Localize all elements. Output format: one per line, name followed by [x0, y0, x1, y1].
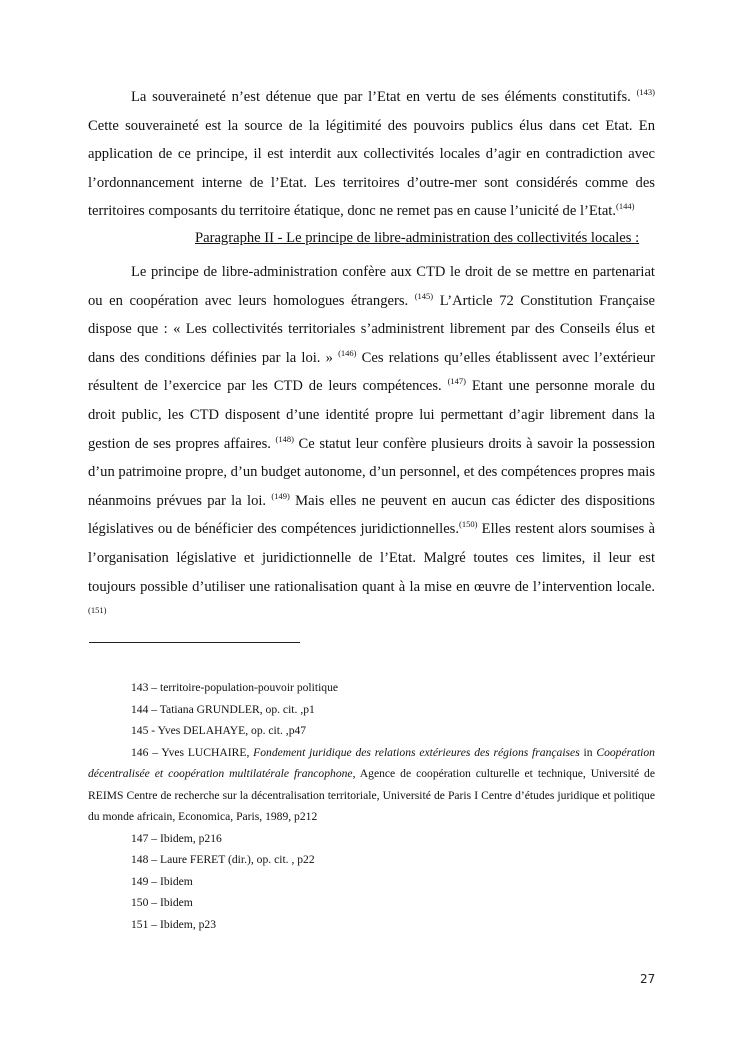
footnote-146: 146 – Yves LUCHAIRE, Fondement juridique…	[88, 742, 655, 828]
footnote-144: 144 – Tatiana GRUNDLER, op. cit. ,p1	[88, 699, 655, 721]
paragraph-text: Cette souveraineté est la source de la l…	[88, 118, 655, 220]
footnote-prefix: 146 – Yves LUCHAIRE,	[131, 746, 253, 759]
footnote-145: 145 - Yves DELAHAYE, op. cit. ,p47	[88, 720, 655, 742]
footnote-ref-151: (151)	[88, 605, 106, 615]
footnote-ref-150: (150)	[459, 519, 477, 529]
footnote-ref-145: (145)	[415, 291, 433, 301]
footnote-ref-143: (143)	[637, 87, 655, 97]
footnote-ref-144: (144)	[616, 201, 634, 211]
footnote-connector: in	[580, 746, 597, 759]
footnote-143: 143 – territoire-population-pouvoir poli…	[88, 677, 655, 699]
footnotes: 143 – territoire-population-pouvoir poli…	[88, 677, 655, 935]
footnote-149: 149 – Ibidem	[88, 871, 655, 893]
footnote-ref-147: (147)	[448, 376, 466, 386]
page-number: 27	[640, 972, 655, 986]
footnote-148: 148 – Laure FERET (dir.), op. cit. , p22	[88, 849, 655, 871]
paragraph-text: La souveraineté n’est détenue que par l’…	[131, 89, 631, 105]
footnote-ref-148: (148)	[276, 434, 294, 444]
footnote-147: 147 – Ibidem, p216	[88, 828, 655, 850]
footnote-separator	[89, 642, 300, 643]
document-page: La souveraineté n’est détenue que par l’…	[0, 0, 745, 1053]
paragraph-libre-administration: Le principe de libre-administration conf…	[88, 258, 655, 630]
footnote-ref-149: (149)	[271, 491, 289, 501]
footnote-ref-146: (146)	[338, 348, 356, 358]
footnote-150: 150 – Ibidem	[88, 892, 655, 914]
section-heading: Paragraphe II - Le principe de libre-adm…	[195, 230, 639, 247]
paragraph-sovereignty: La souveraineté n’est détenue que par l’…	[88, 83, 655, 226]
footnote-title: Fondement juridique des relations extéri…	[253, 746, 580, 759]
footnote-151: 151 – Ibidem, p23	[88, 914, 655, 936]
